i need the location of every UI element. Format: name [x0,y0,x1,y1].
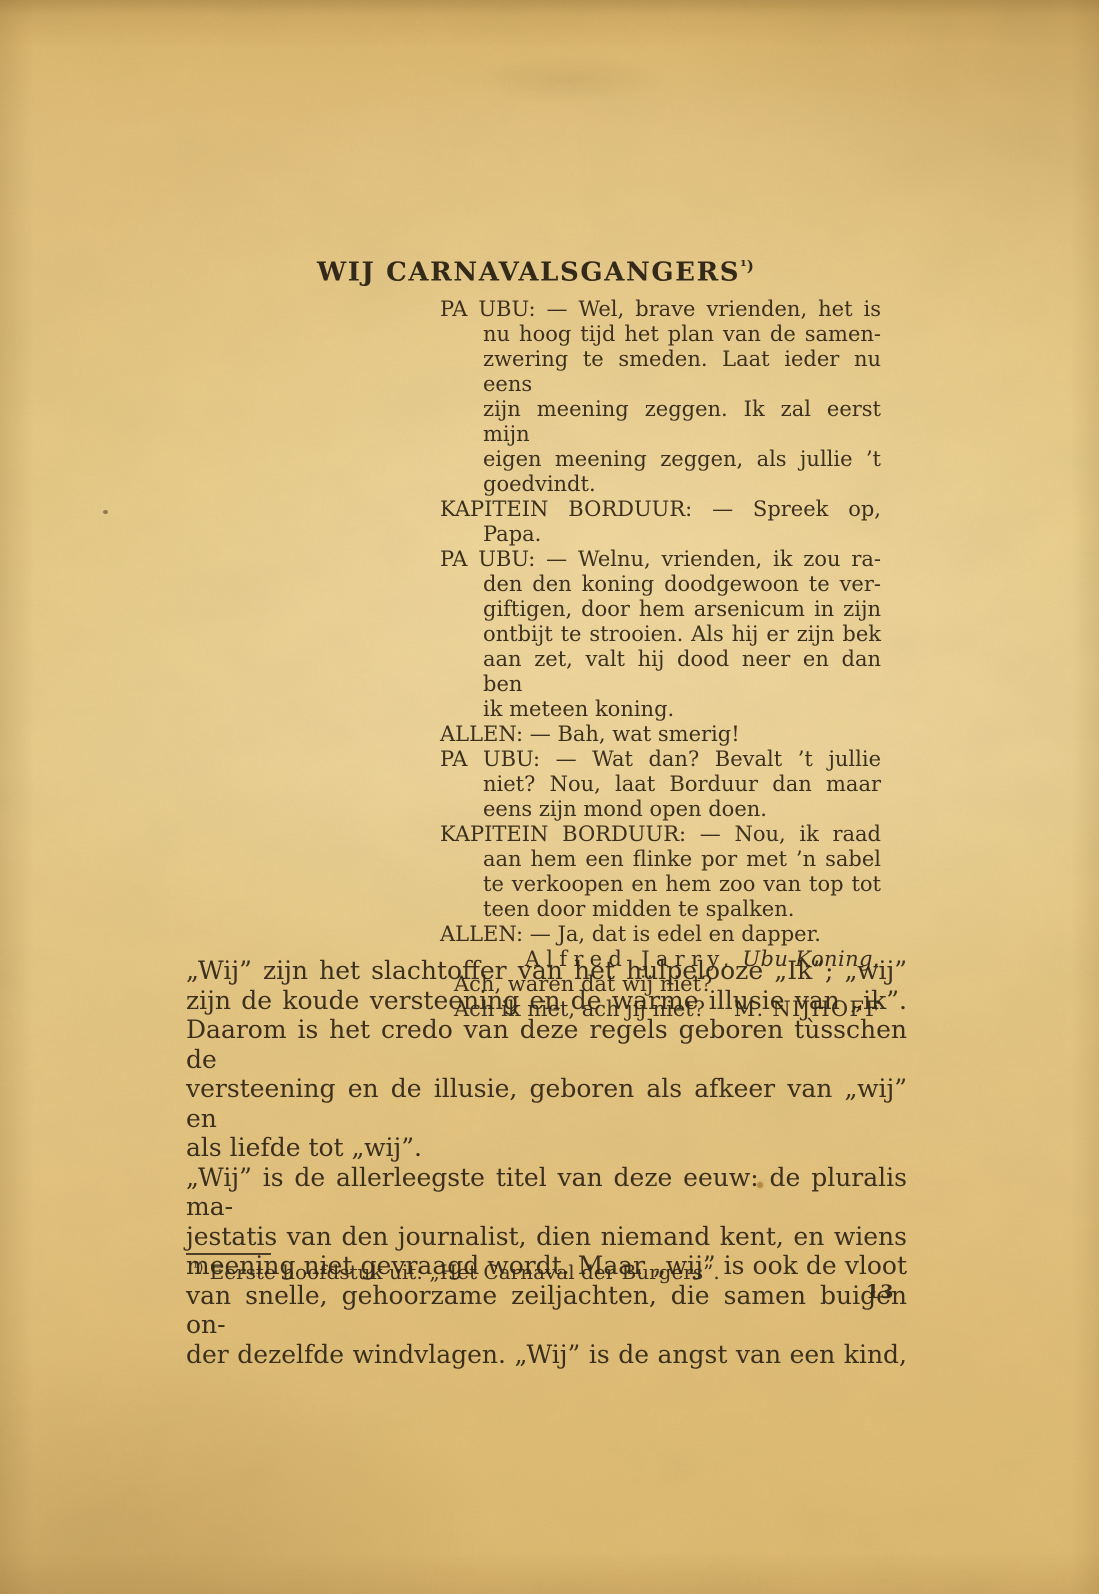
quote-line: Papa. [440,522,881,547]
quote-line: teen door midden te spalken. [440,897,881,922]
body-text: „Wij” zijn het slachtoffer van het hulpe… [186,956,907,1369]
paper-smudge [470,55,670,105]
quote-line: PA UBU: — Welnu, vrienden, ik zou ra- [440,547,881,572]
paper-speck [103,510,108,514]
body-line: zijn de koude versteening en de warme il… [186,986,907,1016]
quote-line: eigen meening zeggen, als jullie ’t [440,447,881,472]
quote-line: KAPITEIN BORDUUR: — Nou, ik raad [440,822,881,847]
quote-line: ALLEN: — Bah, wat smerig! [440,722,881,747]
body-line: als liefde tot „wij”. [186,1133,907,1163]
book-page: WIJ CARNAVALSGANGERS¹) PA UBU: — Wel, br… [0,0,1099,1594]
footnote-text: Eerste hoofdstuk uit: „Het Carnaval der … [203,1260,719,1284]
quote-line: PA UBU: — Wat dan? Bevalt ’t jullie [440,747,881,772]
quote-line: nu hoog tijd het plan van de samen- [440,322,881,347]
quote-line: goedvindt. [440,472,881,497]
body-line: „Wij” is de allerleegste titel van deze … [186,1163,907,1222]
quote-line: ik meteen koning. [440,697,881,722]
body-paragraph: „Wij” zijn het slachtoffer van het hulpe… [186,956,907,1163]
footnote-rule [186,1253,271,1255]
footnote: ¹) Eerste hoofdstuk uit: „Het Carnaval d… [193,1260,720,1284]
body-line: jestatis van den journalist, dien nieman… [186,1222,907,1252]
quote-line: KAPITEIN BORDUUR: — Spreek op, [440,497,881,522]
page-title: WIJ CARNAVALSGANGERS¹) [317,257,754,288]
quote-line: aan zet, valt hij dood neer en dan ben [440,647,881,697]
quote-line: aan hem een flinke por met ’n sabel [440,847,881,872]
body-line: van snelle, gehoorzame zeiljachten, die … [186,1281,907,1340]
quote-line: te verkoopen en hem zoo van top tot [440,872,881,897]
dialogue-quote-block: PA UBU: — Wel, brave vrienden, het is nu… [440,297,881,1022]
paper-speck [757,1182,763,1188]
quote-line: ALLEN: — Ja, dat is edel en dapper. [440,922,881,947]
quote-line: PA UBU: — Wel, brave vrienden, het is [440,297,881,322]
quote-line: zwering te smeden. Laat ieder nu eens [440,347,881,397]
body-line: „Wij” zijn het slachtoffer van het hulpe… [186,956,907,986]
body-line: versteening en de illusie, geboren als a… [186,1074,907,1133]
body-line: Daarom is het credo van deze regels gebo… [186,1015,907,1074]
quote-line: zijn meening zeggen. Ik zal eerst mijn [440,397,881,447]
quote-line: giftigen, door hem arsenicum in zijn [440,597,881,622]
body-line: der dezelfde windvlagen. „Wij” is de ang… [186,1340,907,1370]
page-title-text: WIJ CARNAVALSGANGERS [317,258,740,288]
quote-line: den den koning doodgewoon te ver- [440,572,881,597]
page-number: 13 [866,1281,894,1303]
quote-line: ontbijt te strooien. Als hij er zijn bek [440,622,881,647]
quote-line: eens zijn mond open doen. [440,797,881,822]
footnote-marker: ¹) [193,1260,203,1275]
quote-line: niet? Nou, laat Borduur dan maar [440,772,881,797]
title-footnote-marker: ¹) [740,257,754,275]
